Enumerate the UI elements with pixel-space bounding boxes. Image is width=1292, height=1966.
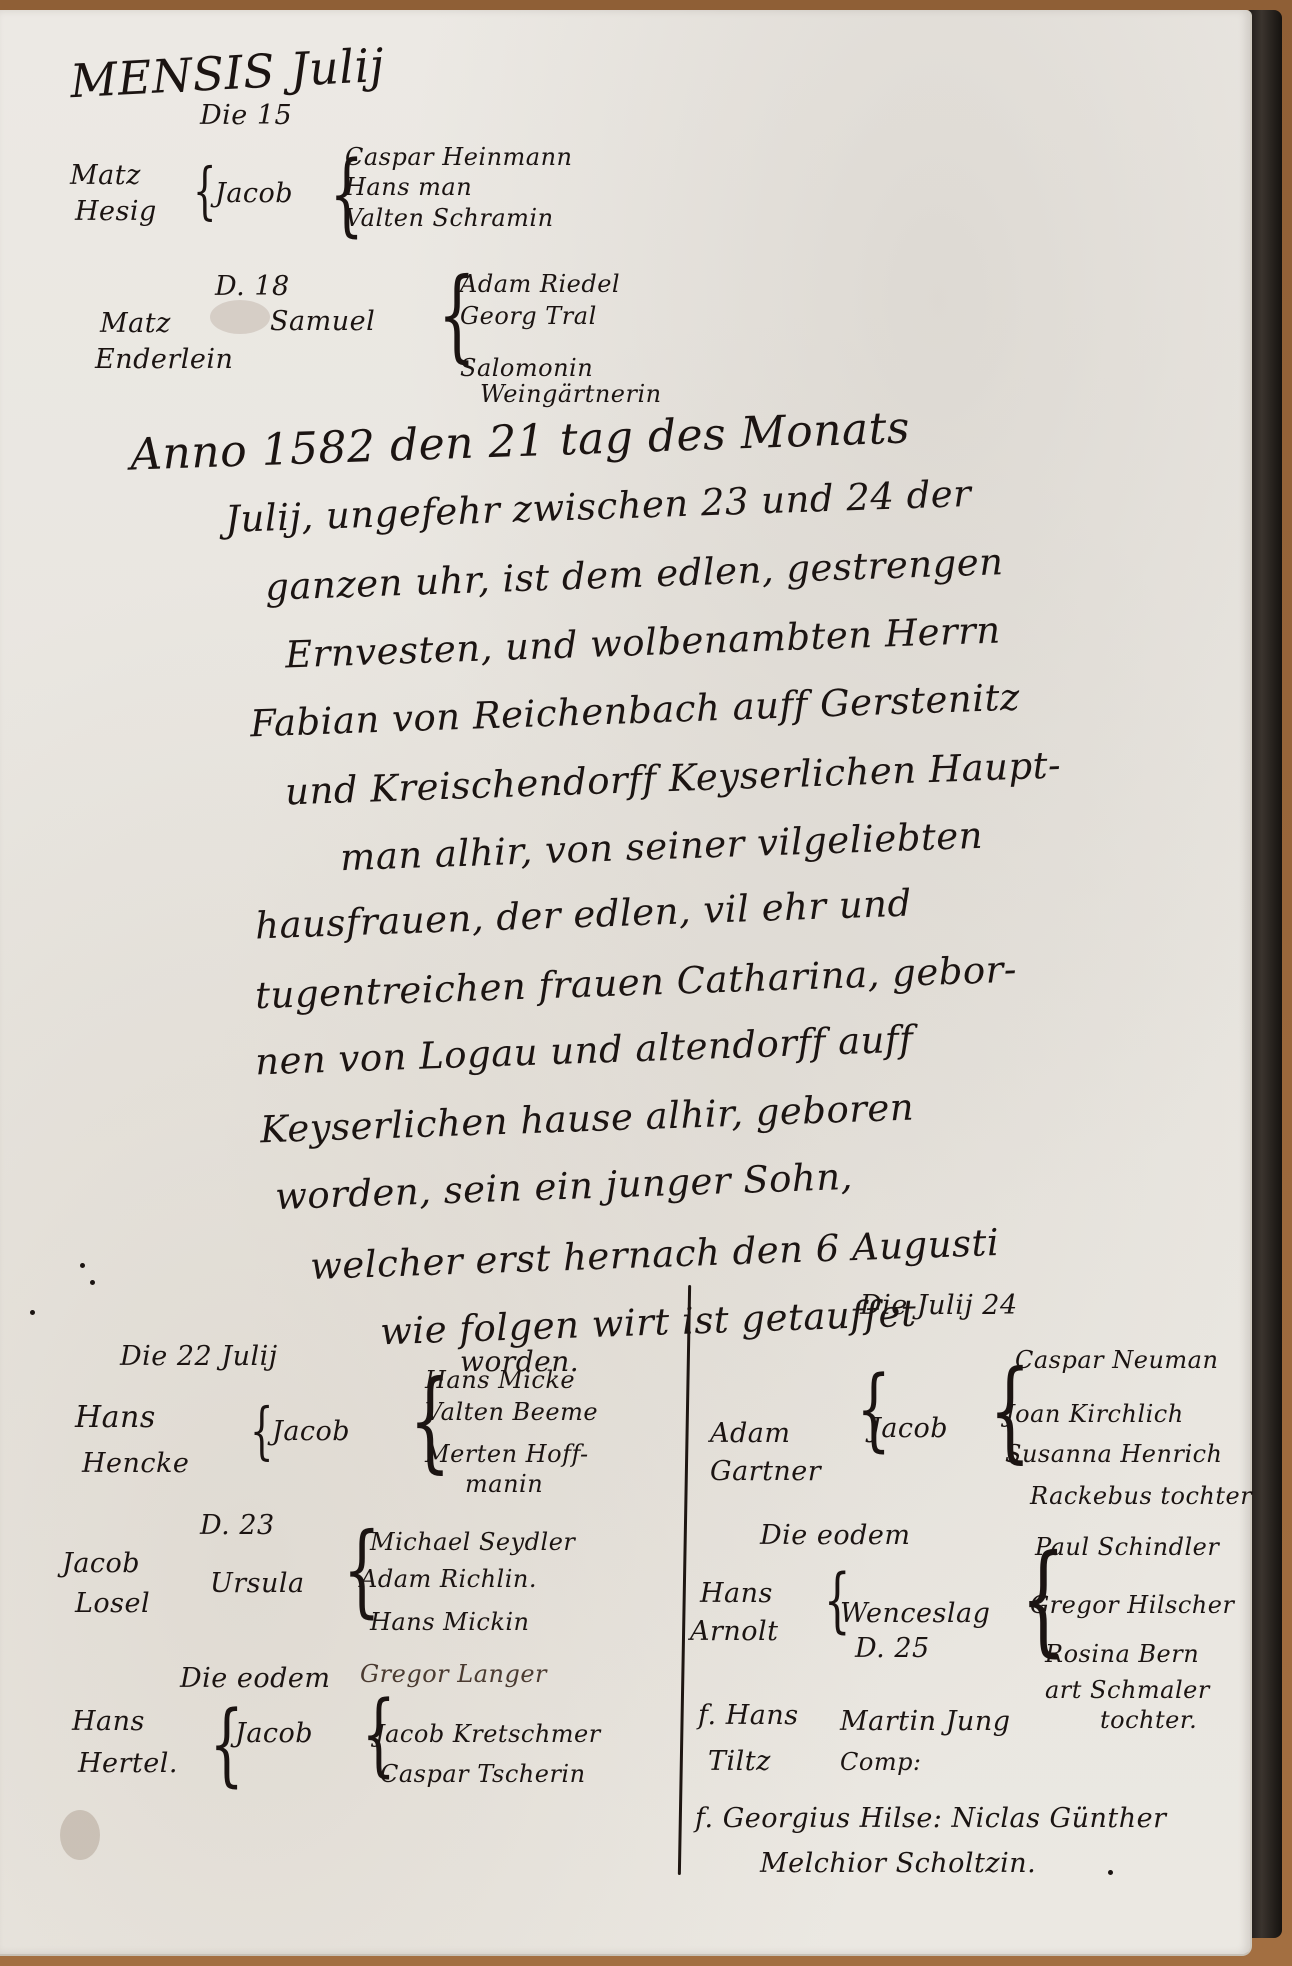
entry-godparent: Joan Kirchlich [1005, 1402, 1184, 1426]
ink-speck [90, 1280, 95, 1285]
entry-father-last: Enderlein [95, 346, 233, 373]
entry-godparent: tochter. [1100, 1708, 1197, 1732]
entry-father-last: Gartner [710, 1458, 821, 1485]
entry-father-last: Hesig [75, 198, 157, 225]
entry-father-first: Hans [72, 1708, 145, 1735]
entry-godparent: Hans Micke [425, 1368, 575, 1392]
main-text-line: worden, sein ein junger Sohn, [275, 1158, 854, 1215]
entry-godparent: Georg Tral [460, 304, 597, 328]
main-text-line: welcher erst hernach den 6 Augusti [310, 1224, 1000, 1285]
entry-godparent: Hans man [345, 175, 472, 199]
entry-father-first: Adam [710, 1420, 790, 1447]
manuscript-page: MENSIS Julij Die 15 Matz Hesig { Jacob {… [0, 10, 1252, 1956]
entry-father-first: Hans [75, 1403, 156, 1433]
main-text-line: Keyserlichen hause alhir, geboren [260, 1089, 915, 1149]
entry-godparent: Michael Seydler [370, 1530, 575, 1554]
entry-godparent: Caspar Neuman [1015, 1348, 1218, 1372]
main-text-line: Fabian von Reichenbach auff Gerstenitz [250, 679, 1021, 743]
entry-date: Die Julij 24 [860, 1292, 1018, 1319]
entry-godparent: Adam Richlin. [360, 1567, 537, 1591]
main-text-line: Ernvesten, und wolbenambten Herrn [285, 612, 1002, 674]
entry-father-last: Hencke [82, 1450, 189, 1477]
column-divider-line [678, 1285, 691, 1875]
entry-child: Jacob [272, 1418, 350, 1445]
entry-godparent: Jacob Kretschmer [375, 1722, 601, 1746]
main-text-line: und Kreischendorff Keyserlichen Haupt- [285, 746, 1062, 810]
ink-speck [80, 1263, 85, 1268]
entry-date: Die eodem [760, 1522, 910, 1549]
main-text-line: nen von Logau und altendorff auff [255, 1021, 914, 1081]
entry-godparent: Salomonin [460, 356, 593, 380]
entry-date: D. 23 [200, 1512, 275, 1539]
entry-father-first: f. Hans [698, 1702, 799, 1729]
entry-date: D. 25 [855, 1635, 930, 1662]
entry-father-last: Losel [75, 1590, 150, 1617]
page-heading: MENSIS Julij [69, 42, 385, 104]
entry-godparent: Valten Schramin [345, 206, 554, 230]
main-text-line: hausfrauen, der edlen, vil ehr und [255, 885, 913, 945]
entry-godparent: Valten Beeme [425, 1400, 598, 1424]
entry-godparent: Adam Riedel [460, 272, 620, 296]
entry-godparents-line: f. Georgius Hilse: Niclas Günther [695, 1805, 1167, 1832]
main-text-line: Anno 1582 den 21 tag des Monats [129, 406, 910, 477]
entry-father-first: Jacob [62, 1550, 140, 1577]
ink-speck [30, 1310, 35, 1315]
entry-child: Martin Jung [840, 1708, 1011, 1735]
entry-godparent: manin [465, 1472, 543, 1496]
ink-stain [210, 300, 270, 334]
entry-father-first: Matz [70, 162, 141, 189]
entry-godparent: Caspar Tscherin [380, 1762, 586, 1786]
ink-speck [1108, 1870, 1113, 1875]
water-stain [60, 1810, 100, 1860]
entry-child: Samuel [270, 308, 375, 335]
entry-godparent: Gregor Hilscher [1030, 1593, 1234, 1617]
entry-note: Comp: [840, 1750, 922, 1774]
main-text-line: man alhir, von seiner vilgeliebten [340, 817, 984, 876]
main-text-line: tugentreichen frauen Catharina, gebor- [255, 951, 1018, 1015]
entry-child: Jacob [235, 1720, 313, 1747]
entry-child: Ursula [210, 1570, 305, 1597]
main-text-line: Julij, ungefehr zwischen 23 und 24 der [225, 475, 972, 538]
brace: { [250, 1400, 274, 1462]
main-text-line: wie folgen wirt ist getauffet [380, 1295, 917, 1351]
entry-godparent: Paul Schindler [1035, 1535, 1219, 1559]
entry-godparent: Caspar Heinmann [345, 145, 573, 169]
entry-date: Die eodem [180, 1665, 330, 1692]
main-text-line: ganzen uhr, ist dem edlen, gestrengen [265, 543, 1005, 606]
entry-date: D. 18 [215, 273, 290, 300]
entry-date: Die 22 Julij [120, 1343, 278, 1370]
entry-father-last: Arnolt [690, 1618, 779, 1645]
entry-godparent: Hans Mickin [370, 1610, 530, 1634]
entry-godparent: Rackebus tochter [1030, 1484, 1252, 1508]
entry-father-first: Matz [100, 310, 171, 337]
entry-father-first: Hans [700, 1580, 773, 1607]
entry-child: Jacob [870, 1415, 948, 1442]
entry-godparent: art Schmaler [1045, 1678, 1210, 1702]
entry-child: Jacob [215, 180, 293, 207]
entry-father-last: Tiltz [708, 1748, 771, 1775]
entry-date: Die 15 [200, 102, 292, 129]
entry-godparent: Susanna Henrich [1005, 1442, 1223, 1466]
entry-godparent: Weingärtnerin [480, 382, 662, 406]
entry-father-last: Hertel. [78, 1750, 178, 1777]
book-binding-edge [1248, 10, 1282, 1938]
brace: { [193, 160, 217, 222]
entry-child: Wenceslag [840, 1600, 990, 1627]
entry-godparents-line: Melchior Scholtzin. [760, 1850, 1036, 1877]
entry-godparent: Merten Hoff- [425, 1442, 589, 1466]
entry-godparent: Rosina Bern [1045, 1642, 1199, 1666]
